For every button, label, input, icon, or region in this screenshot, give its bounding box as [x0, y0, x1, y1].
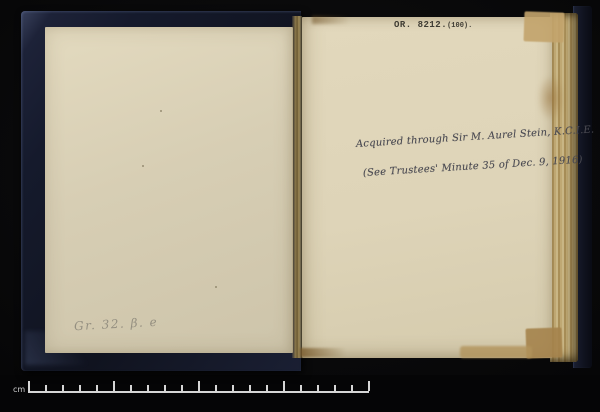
- paper-speck: [142, 165, 144, 167]
- ruler-major-tick: [368, 381, 370, 391]
- ruler-minor-tick: [164, 385, 166, 391]
- ruler-minor-tick: [130, 385, 132, 391]
- ruler-minor-tick: [96, 385, 98, 391]
- ruler-minor-tick: [334, 385, 336, 391]
- right-flyleaf-page: [302, 17, 552, 358]
- ruler-minor-tick: [317, 385, 319, 391]
- shelfmark-stamp-suffix: (100).: [447, 22, 472, 30]
- ruler-minor-tick: [215, 385, 217, 391]
- ruler-major-tick: [198, 381, 200, 391]
- shelfmark-stamp-number: OR. 8212.: [394, 20, 447, 30]
- ruler-minor-tick: [351, 385, 353, 391]
- ruler-minor-tick: [79, 385, 81, 391]
- ruler-major-tick: [283, 381, 285, 391]
- shelfmark-stamp: OR. 8212.(100).: [394, 20, 472, 30]
- ruler-minor-tick: [62, 385, 64, 391]
- photograph-stage: OR. 8212.(100). Acquired through Sir M. …: [0, 0, 600, 412]
- ruler-unit-label: cm: [13, 385, 25, 394]
- book-gutter: [292, 16, 302, 358]
- ruler-line: [28, 391, 369, 393]
- ruler-minor-tick: [266, 385, 268, 391]
- ruler-minor-tick: [147, 385, 149, 391]
- paper-speck: [215, 286, 217, 288]
- ruler-minor-tick: [249, 385, 251, 391]
- ruler-minor-tick: [181, 385, 183, 391]
- ruler-major-tick: [28, 381, 30, 391]
- paper-speck: [160, 110, 162, 112]
- page-stack-fore-edge: [550, 13, 578, 362]
- ruler-minor-tick: [300, 385, 302, 391]
- left-page-pastedown: [45, 27, 293, 353]
- ruler-minor-tick: [45, 385, 47, 391]
- ruler-minor-tick: [232, 385, 234, 391]
- ruler-major-tick: [113, 381, 115, 391]
